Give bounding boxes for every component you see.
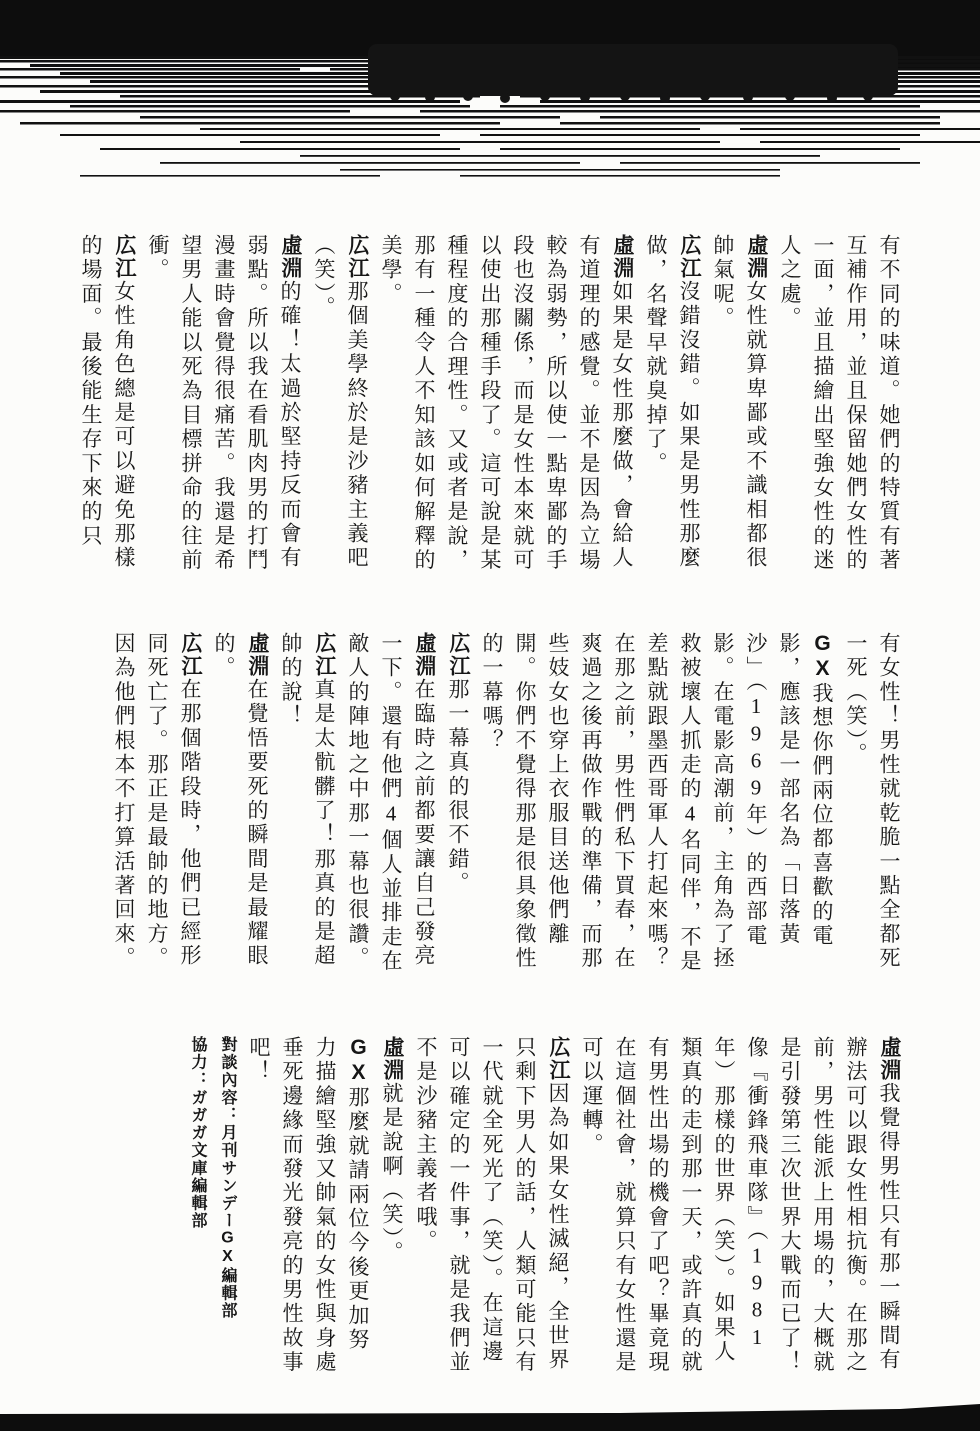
ink-cylinder (368, 44, 898, 103)
dialogue-paragraph: GX我想你們兩位都喜歡的電影，應該是一部名為「日落黃沙」（1969年）的西部電影… (475, 632, 839, 976)
dialogue-paragraph: 有不同的味道。她們的特質有著互補作用，並且保留她們女性的一面，並且描繪出堅強女性… (773, 234, 906, 578)
dialogue-paragraph: 虛淵的確！太過於堅持反而會有弱點。所以我在看肌肉男的打鬥漫畫時會覺得很痛苦。我還… (141, 234, 307, 578)
bottom-black-bar (0, 1403, 980, 1431)
dialogue-paragraph: 虛淵女性就算卑鄙或不識相都很帥氣呢。 (706, 234, 773, 578)
interview-section-3: 虛淵我覺得男性只有那一瞬間有辦法可以跟女性相抗衡。在那之前，男性能派上用場的，大… (182, 1036, 906, 1376)
dialogue-paragraph: 広江在那個階段時，他們已經形同死亡了。那正是最帥的地方。因為他們根本不打算活著回… (107, 632, 207, 976)
speaker-name: 虛淵 (878, 1036, 901, 1082)
speaker-name: 虛淵 (279, 234, 302, 280)
speaker-name: GX (347, 1036, 370, 1086)
speaker-name: 虛淵 (611, 234, 634, 280)
speaker-name: 広江 (313, 632, 336, 678)
dialogue-text: 真是太骯髒了！那真的是超帥的說！ (279, 632, 336, 968)
credits-line: 協力：ガガガ文庫編輯部 (182, 1036, 212, 1376)
dialogue-paragraph: 広江那個美學終於是沙豬主義吧（笑）。 (307, 234, 374, 578)
dialogue-text: 就是說啊（笑）。 (380, 1082, 404, 1265)
dialogue-text: 在那個階段時，他們已經形同死亡了。那正是最帥的地方。因為他們根本不打算活著回來。 (112, 632, 202, 971)
dialogue-text: 有女性！男性就乾脆一點全都死一死（笑）。 (844, 632, 901, 971)
speaker-name: 虛淵 (246, 632, 269, 678)
dialogue-text: 我想你們兩位都喜歡的電影，應該是一部名為「日落黃沙」（1969年）的西部電影。在… (480, 632, 834, 974)
speaker-name: 広江 (179, 632, 202, 678)
dialogue-text: 女性角色總是可以避免那樣的場面。最後能生存下來的只 (79, 234, 136, 570)
speaker-name: 虛淵 (381, 1036, 404, 1082)
dialogue-text: 的確！太過於堅持反而會有弱點。所以我在看肌肉男的打鬥漫畫時會覺得很痛苦。我還是希… (146, 234, 302, 573)
dialogue-text: 女性就算卑鄙或不識相都很帥氣呢。 (711, 234, 768, 570)
dialogue-text: 因為如果女性滅絕，全世界只剩下男人的話，人類可能只有一代就全死光了（笑）。在這邊… (414, 1036, 570, 1375)
dialogue-paragraph: 虛淵在覺悟要死的瞬間是最耀眼的。 (207, 632, 274, 976)
dialogue-text: 那麼就請兩位今後更加努力描繪堅強又帥氣的女性與身處垂死邊緣而發光發亮的男性故事吧… (247, 1036, 370, 1375)
dialogue-text: 那一幕真的很不錯。 (446, 678, 470, 896)
dialogue-paragraph: 虛淵如果是女性那麼做，會給人有道理的感覺。並不是因為立場較為弱勢，所以使一點卑鄙… (374, 234, 639, 578)
speaker-name: 広江 (678, 234, 701, 280)
dialogue-text: 在覺悟要死的瞬間是最耀眼的。 (212, 632, 269, 968)
dialogue-paragraph: 広江那一幕真的很不錯。 (441, 632, 475, 976)
dialogue-text: 那個美學終於是沙豬主義吧（笑）。 (312, 234, 369, 570)
header-artwork (0, 0, 980, 205)
dialogue-text: 在臨時之前都要讓自己發亮一下。還有他們4個人並排走在敵人的陣地之中那一幕也很讚。 (346, 632, 436, 974)
dialogue-paragraph: 虛淵我覺得男性只有那一瞬間有辦法可以跟女性相抗衡。在那之前，男性能派上用場的，大… (575, 1036, 906, 1376)
speaker-name: 広江 (113, 234, 136, 280)
speaker-name: 広江 (547, 1036, 570, 1082)
speaker-name: 広江 (447, 632, 470, 678)
dialogue-paragraph: 広江真是太骯髒了！那真的是超帥的說！ (274, 632, 341, 976)
dialogue-text: 我覺得男性只有那一瞬間有辦法可以跟女性相抗衡。在那之前，男性能派上用場的，大概就… (580, 1036, 901, 1375)
speaker-name: 虛淵 (413, 632, 436, 678)
interview-section-1: 有不同的味道。她們的特質有著互補作用，並且保留她們女性的一面，並且描繪出堅強女性… (74, 234, 906, 578)
dialogue-paragraph: 広江沒錯沒錯。如果是男性那麼做，名聲早就臭掉了。 (639, 234, 706, 578)
dialogue-text: 沒錯沒錯。如果是男性那麼做，名聲早就臭掉了。 (644, 234, 701, 570)
dialogue-paragraph: 虛淵就是說啊（笑）。 (375, 1036, 409, 1376)
speaker-name: GX (811, 632, 834, 682)
dialogue-paragraph: 広江女性角色總是可以避免那樣的場面。最後能生存下來的只 (74, 234, 141, 578)
dialogue-paragraph: 有女性！男性就乾脆一點全都死一死（笑）。 (839, 632, 906, 976)
dialogue-paragraph: 広江因為如果女性滅絕，全世界只剩下男人的話，人類可能只有一代就全死光了（笑）。在… (409, 1036, 575, 1376)
document-page: 有不同的味道。她們的特質有著互補作用，並且保留她們女性的一面，並且描繪出堅強女性… (0, 0, 980, 1431)
dialogue-text: 有不同的味道。她們的特質有著互補作用，並且保留她們女性的一面，並且描繪出堅強女性… (778, 234, 901, 573)
dialogue-paragraph: 虛淵在臨時之前都要讓自己發亮一下。還有他們4個人並排走在敵人的陣地之中那一幕也很… (341, 632, 441, 976)
interview-section-2: 有女性！男性就乾脆一點全都死一死（笑）。 GX我想你們兩位都喜歡的電影，應該是一… (107, 632, 906, 976)
speaker-name: 広江 (346, 234, 369, 280)
credits-line: 對談內容：月刊サンデーGX編輯部 (212, 1036, 242, 1376)
dialogue-text: 如果是女性那麼做，會給人有道理的感覺。並不是因為立場較為弱勢，所以使一點卑鄙的手… (379, 234, 634, 573)
speaker-name: 虛淵 (745, 234, 768, 280)
dialogue-paragraph: GX那麼就請兩位今後更加努力描繪堅強又帥氣的女性與身處垂死邊緣而發光發亮的男性故… (242, 1036, 375, 1376)
